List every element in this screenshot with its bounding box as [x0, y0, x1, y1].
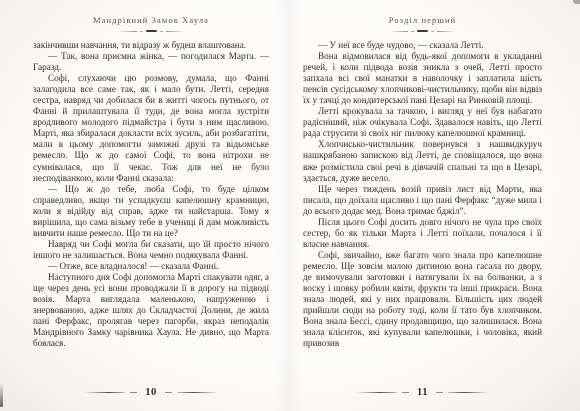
right-page: Розділ перший — У неї все буде чудово, —…: [303, 0, 542, 411]
footer-dash: [165, 392, 172, 393]
footer-dash: [402, 392, 409, 393]
paragraph: Ще через тиждень возій привіз лист від М…: [303, 184, 542, 217]
body-text-left: закінчивши навчання, ти відразу ж будеш …: [33, 40, 269, 349]
page-number-left: 10: [145, 387, 157, 398]
paragraph: Софі, звичайно, вже багато чого знала пр…: [303, 250, 542, 349]
divider-core-ornament: [146, 30, 157, 33]
running-header-left: Мандрівний Замок Хаула: [33, 15, 269, 25]
divider-tick: [411, 31, 414, 32]
paragraph: Софі, слухаючи цю розмову, думала, що Фа…: [33, 73, 269, 183]
scan-edge-mark-bottom-left: [0, 383, 3, 407]
divider-tick: [160, 31, 163, 32]
header-divider-ornament: [303, 29, 542, 33]
body-text-right: — У неї все буде чудово, — сказала Летті…: [303, 40, 542, 349]
divider-line-right: [437, 31, 454, 32]
footer-flourish-right: [448, 392, 488, 394]
paragraph: Наступного дня Софі допомогла Марті спак…: [33, 272, 269, 349]
footer-flourish-left: [357, 392, 397, 394]
paragraph: — Так, вона приємна жінка, — погодилася …: [33, 51, 269, 73]
footer-flourish-left: [85, 392, 125, 394]
paragraph: Хлопчисько-чистильник повернувся з нашви…: [303, 139, 542, 183]
book-spread: Мандрівний Замок Хаула закінчивши навчан…: [0, 0, 580, 411]
divider-tick: [431, 31, 434, 32]
footer-flourish-right: [177, 392, 217, 394]
paragraph: закінчивши навчання, ти відразу ж будеш …: [33, 40, 269, 51]
divider-line-right: [166, 31, 183, 32]
paragraph: Навряд чи Софі могла би сказати, що їй п…: [33, 239, 269, 261]
divider-line-left: [120, 31, 137, 32]
divider-tick: [140, 31, 143, 32]
footer-dash: [436, 392, 443, 393]
paragraph: — У неї все буде чудово, — сказала Летті…: [303, 40, 542, 51]
running-header-right: Розділ перший: [303, 15, 542, 25]
footer-dash: [130, 392, 137, 393]
paragraph: — Що ж до тебе, люба Софі, то буде цілко…: [33, 184, 269, 239]
scan-edge-mark-top-right: [573, 0, 580, 4]
left-page: Мандрівний Замок Хаула закінчивши навчан…: [33, 0, 269, 411]
divider-core-ornament: [417, 30, 428, 33]
page-footer-left: 10: [33, 387, 269, 398]
page-number-right: 11: [417, 387, 428, 398]
paragraph: Летті крокувала за тачкою, і вигляд у не…: [303, 106, 542, 139]
divider-line-left: [391, 31, 408, 32]
paragraph: — Отже, все владналося! — сказала Фанні.: [33, 261, 269, 272]
paragraph: Після цього Софі досить довго нічого не …: [303, 217, 542, 250]
page-gutter-shadow: [276, 0, 302, 411]
paragraph: Вона відмовилася від будь-якої допомоги …: [303, 51, 542, 106]
page-footer-right: 11: [303, 387, 542, 398]
header-divider-ornament: [33, 29, 269, 33]
